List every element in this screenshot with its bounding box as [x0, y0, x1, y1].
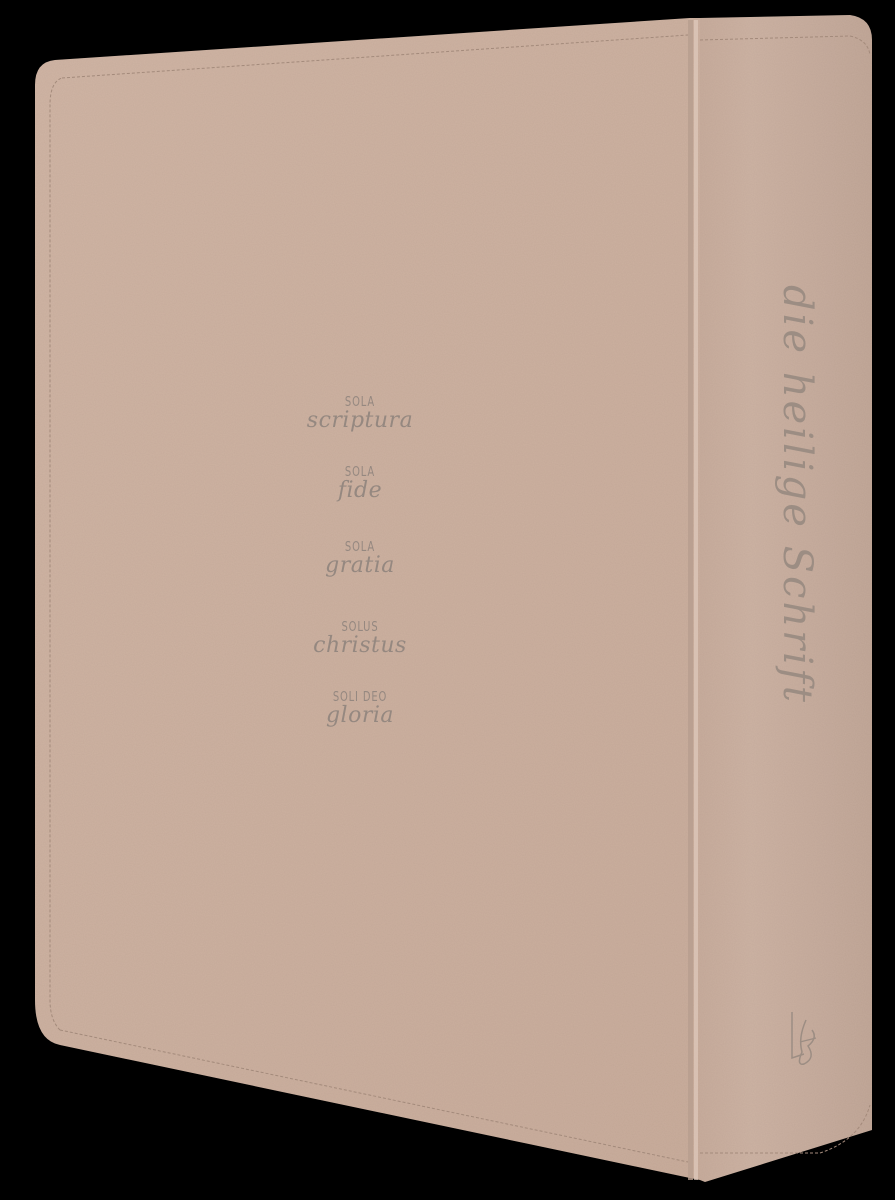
motto-caps: SOLA: [284, 540, 437, 555]
front-cover: [35, 18, 700, 1180]
motto-sola-scriptura: SOLA scriptura: [270, 395, 450, 433]
motto-script: scriptura: [270, 408, 450, 433]
motto-caps: SOLA: [284, 395, 437, 410]
motto-caps: SOLUS: [284, 620, 437, 635]
book-shape: [0, 0, 895, 1200]
motto-solus-christus: SOLUS christus: [270, 620, 450, 658]
motto-sola-fide: SOLA fide: [270, 465, 450, 503]
motto-script: gratia: [270, 553, 450, 578]
motto-caps: SOLA: [284, 465, 437, 480]
motto-script: fide: [270, 478, 450, 503]
motto-script: gloria: [270, 703, 450, 728]
spine-title: die heilige Schrift: [780, 285, 820, 885]
motto-sola-gratia: SOLA gratia: [270, 540, 450, 578]
motto-soli-deo-gloria: SOLI DEO gloria: [270, 690, 450, 728]
motto-caps: SOLI DEO: [284, 690, 437, 705]
motto-script: christus: [270, 633, 450, 658]
publisher-logo-icon: [782, 1008, 822, 1068]
book-product-photo: SOLA scriptura SOLA fide SOLA gratia SOL…: [0, 0, 895, 1200]
